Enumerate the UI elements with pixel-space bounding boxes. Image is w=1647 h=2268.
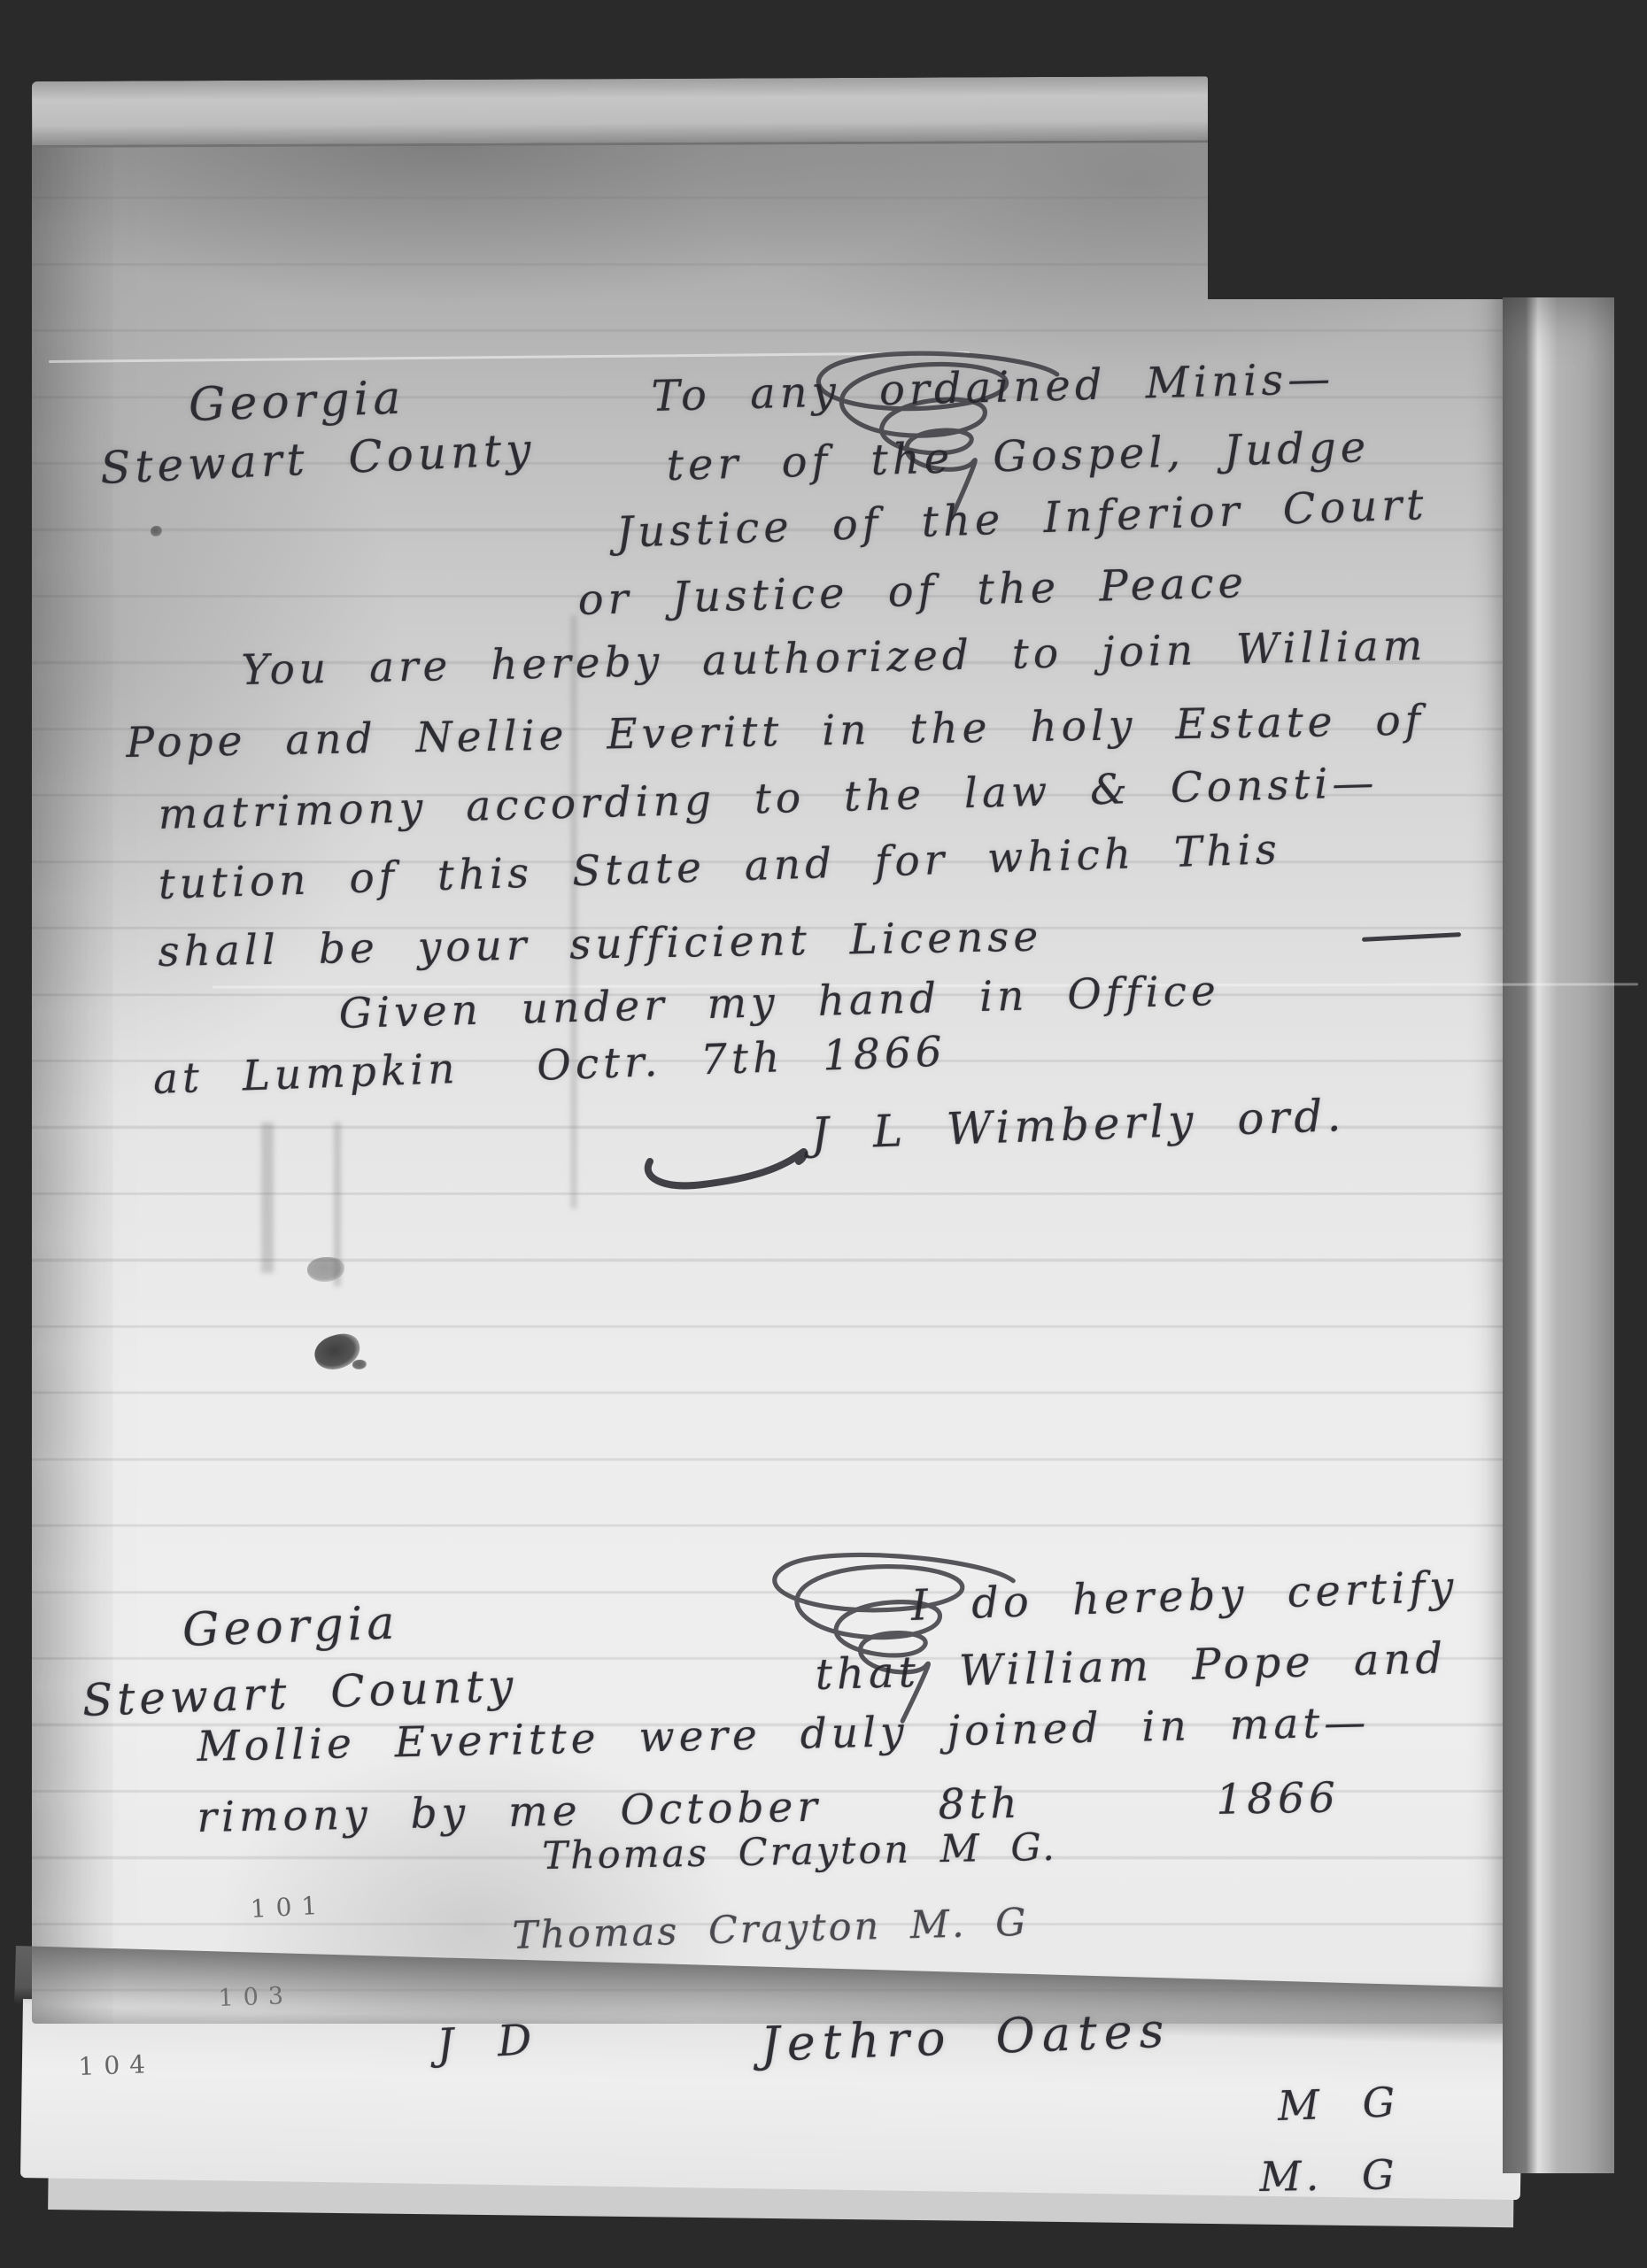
officiant-title: M. G (1259, 2150, 1399, 2201)
signature-underline-flourish (639, 1144, 816, 1199)
certificate-state-label: Georgia (182, 1596, 399, 1656)
officiant-title: M G (1277, 2078, 1400, 2130)
page-top-edge (32, 76, 1208, 148)
fold-crease (261, 1122, 274, 1273)
background-corner-notch (1208, 0, 1647, 299)
scanned-document-page: Georgia Stewart County To any ordained M… (0, 0, 1647, 2268)
minister-signature: Thomas Crayton M G. (542, 1825, 1057, 1878)
page-number: 104 (78, 2049, 156, 2081)
officiant-initials: J D (436, 2015, 537, 2070)
page-number: 103 (218, 1982, 294, 2012)
fold-crease (571, 615, 576, 1208)
page-number: 101 (250, 1890, 328, 1923)
license-state-label: Georgia (188, 371, 406, 431)
underlying-page-right-edge (1503, 297, 1614, 2173)
